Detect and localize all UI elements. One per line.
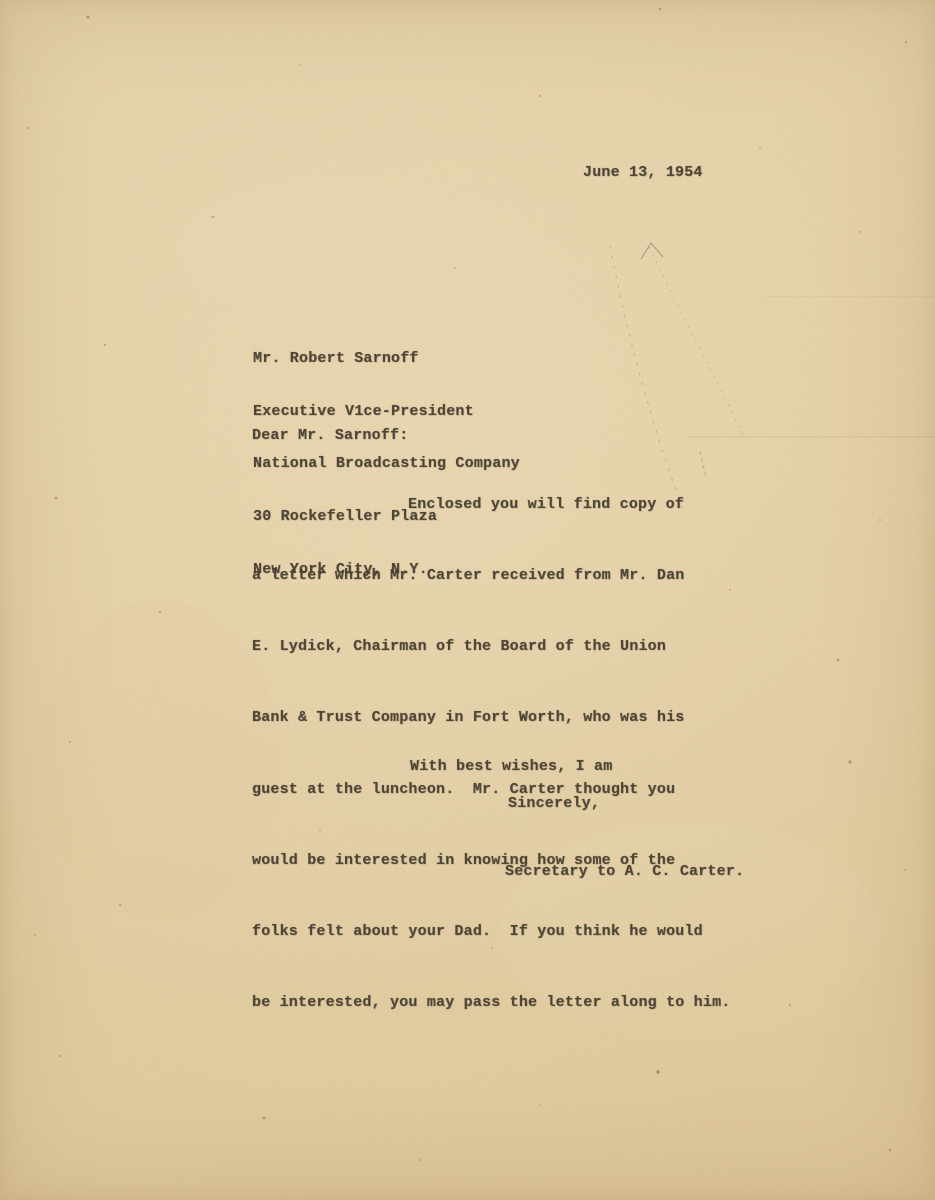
closing-phrase: With best wishes, I am bbox=[410, 758, 612, 775]
recipient-name: Mr. Robert Sarnoff bbox=[253, 350, 520, 369]
body-line: be interested, you may pass the letter a… bbox=[252, 994, 730, 1031]
letter-date: June 13, 1954 bbox=[583, 164, 703, 181]
recipient-title: Executive V1ce-President bbox=[253, 403, 520, 422]
body-line: guest at the luncheon. Mr. Carter though… bbox=[252, 781, 730, 818]
body-line: folks felt about your Dad. If you think … bbox=[252, 923, 730, 960]
scanned-letter-page: June 13, 1954 Mr. Robert Sarnoff Executi… bbox=[0, 0, 935, 1200]
crease-mark bbox=[641, 243, 663, 259]
body-line: Bank & Trust Company in Fort Worth, who … bbox=[252, 709, 730, 746]
signature-line: Secretary to A. C. Carter. bbox=[505, 863, 744, 880]
body-line: Enclosed you will find copy of bbox=[252, 496, 730, 533]
body-line: E. Lydick, Chairman of the Board of the … bbox=[252, 638, 730, 675]
body-line: a letter which Mr. Carter received from … bbox=[252, 567, 730, 604]
crease-mark bbox=[649, 247, 745, 440]
sign-off: Sincerely, bbox=[508, 795, 600, 812]
salutation: Dear Mr. Sarnoff: bbox=[252, 427, 408, 444]
